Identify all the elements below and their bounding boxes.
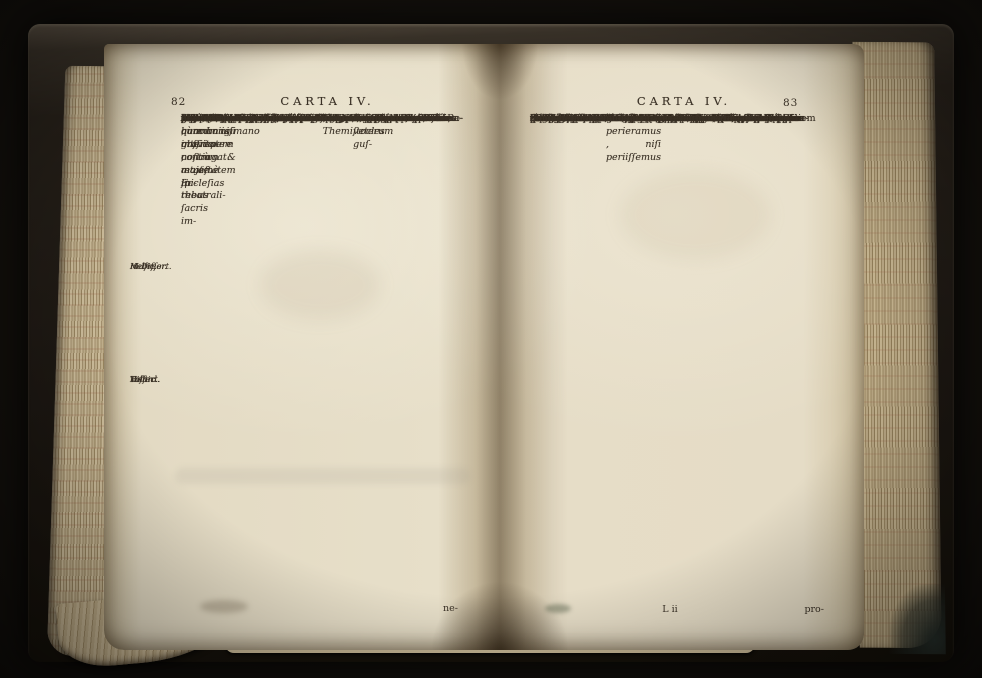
text-line: grandes nos eſtranhos aquelle agradecime…	[181, 113, 452, 126]
left-catchword: ne-	[181, 603, 474, 614]
text-line: Ponha V. M. os olhos na natureza innocen…	[530, 113, 787, 126]
left-running-title: CARTA IV.	[181, 94, 474, 108]
right-catchword: pro-	[530, 604, 838, 615]
page-edges-right	[852, 42, 941, 649]
text-line: Hebr.	[130, 374, 153, 384]
book-photo-scene: 82 CARTA IV. In Diſſert.Muſic.Hebreor. V…	[0, 0, 982, 678]
right-page-number: 83	[783, 97, 798, 109]
text-line: Hebreor.	[130, 261, 167, 271]
